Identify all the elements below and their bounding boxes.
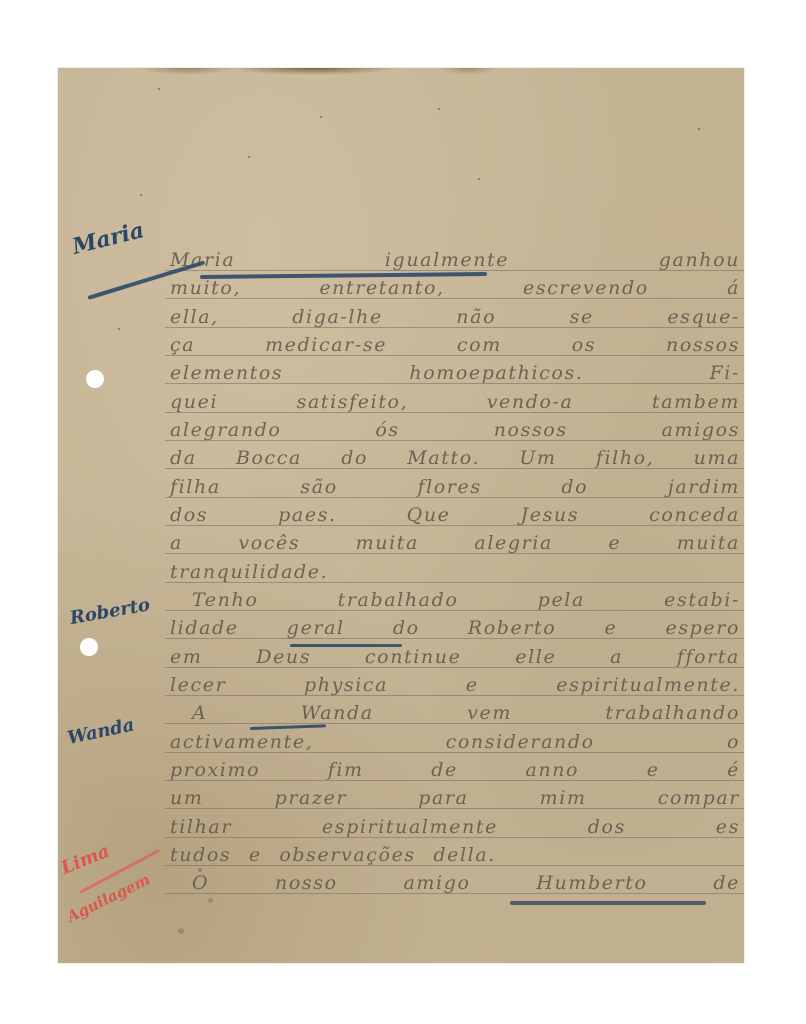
paper-stain — [208, 898, 213, 903]
paper-speck — [158, 88, 160, 90]
letter-line: ça medicar-se com os nossos — [170, 331, 740, 359]
punch-hole — [80, 638, 98, 656]
letter-line: O nosso amigo Humberto de — [170, 869, 740, 897]
letter-line: elementos homoepathicos. Fi- — [170, 359, 740, 387]
letter-line: Maria igualmente ganhou — [170, 246, 740, 274]
paper-speck — [320, 116, 322, 118]
letter-line: activamente, considerando o — [170, 728, 740, 756]
letter-line: ella, diga-lhe não se esque- — [170, 303, 740, 331]
letter-line: a vocês muita alegria e muita — [170, 529, 740, 557]
letter-page: Maria igualmente ganhou muito, entretant… — [58, 68, 744, 963]
letter-line: tranquilidade. — [170, 558, 740, 586]
paper-stain — [138, 68, 238, 75]
letter-line: tilhar espiritualmente dos es — [170, 813, 740, 841]
letter-line: Tenho trabalhado pela estabi- — [170, 586, 740, 614]
paper-speck — [140, 194, 142, 196]
margin-note-red-name: Lima — [58, 841, 112, 879]
letter-line: lidade geral do Roberto e espero — [170, 614, 740, 642]
letter-line: dos paes. Que Jesus conceda — [170, 501, 740, 529]
margin-note-roberto: Roberto — [68, 594, 151, 629]
letter-line: quei satisfeito, vendo-a tambem — [170, 388, 740, 416]
paper-stain — [438, 68, 498, 75]
letter-line: da Bocca do Matto. Um filho, uma — [170, 444, 740, 472]
paper-speck — [248, 156, 250, 158]
letter-line: tudos e observações della. — [170, 841, 740, 869]
letter-line: lecer physica e espiritualmente. — [170, 671, 740, 699]
paper-speck — [118, 328, 120, 330]
letter-line: filha são flores do jardim — [170, 473, 740, 501]
margin-note-wanda: Wanda — [66, 714, 137, 749]
letter-line: em Deus continue elle a fforta — [170, 643, 740, 671]
humberto-underline — [510, 901, 706, 905]
paper-stain — [228, 68, 398, 75]
punch-hole — [86, 370, 104, 388]
letter-line: proximo fim de anno e é — [170, 756, 740, 784]
paper-speck — [438, 108, 440, 110]
roberto-underline — [290, 644, 402, 647]
paper-stain — [178, 928, 184, 934]
paper-speck — [698, 128, 700, 130]
letter-line: A Wanda vem trabalhando — [170, 699, 740, 727]
letter-line: alegrando ós nossos amigos — [170, 416, 740, 444]
letter-line: um prazer para mim compar — [170, 784, 740, 812]
paper-speck — [478, 178, 480, 180]
margin-note-maria: Maria — [70, 217, 147, 260]
